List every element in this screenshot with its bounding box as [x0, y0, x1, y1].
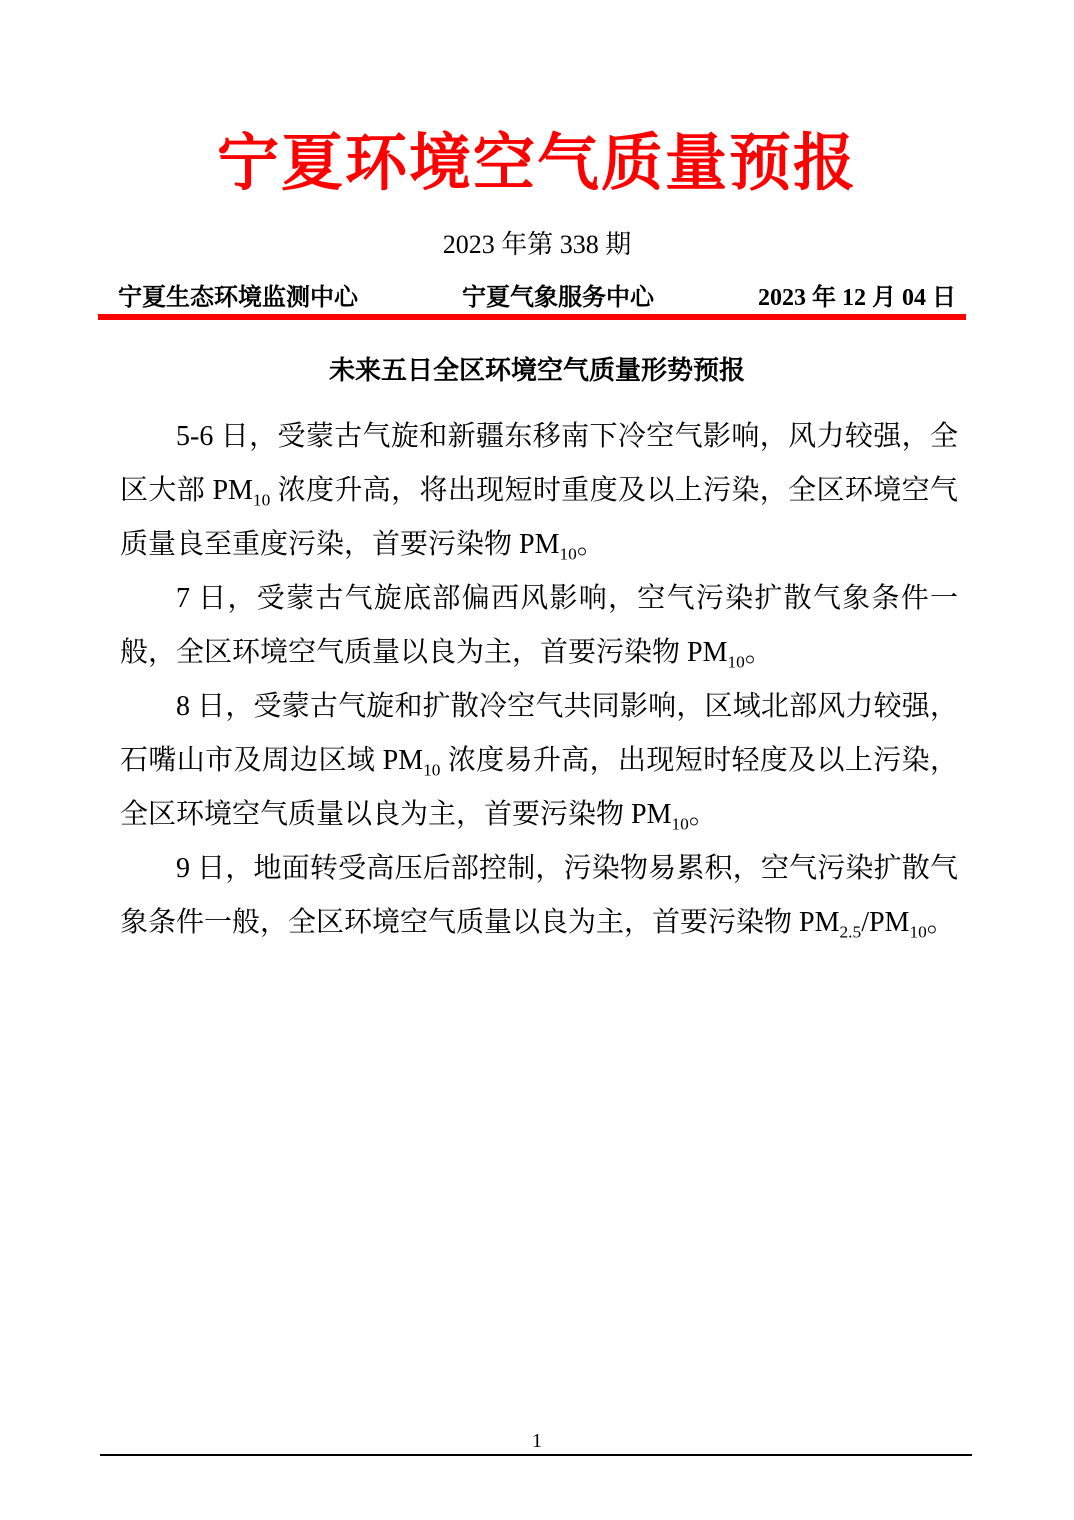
section-title: 未来五日全区环境空气质量形势预报 — [0, 352, 1074, 388]
document-title: 宁夏环境空气质量预报 — [0, 122, 1074, 206]
forecast-body: 5-6 日，受蒙古气旋和新疆东移南下冷空气影响，风力较强，全区大部 PM10 浓… — [120, 410, 958, 950]
issue-number: 2023 年第 338 期 — [0, 228, 1074, 262]
forecast-paragraph-day9: 9 日，地面转受高压后部控制，污染物易累积，空气污染扩散气象条件一般，全区环境空… — [120, 842, 958, 950]
footer-rule — [100, 1454, 972, 1456]
page-number: 1 — [0, 1428, 1074, 1454]
forecast-paragraph-day5-6: 5-6 日，受蒙古气旋和新疆东移南下冷空气影响，风力较强，全区大部 PM10 浓… — [120, 410, 958, 572]
forecast-paragraph-day7: 7 日，受蒙古气旋底部偏西风影响，空气污染扩散气象条件一般，全区环境空气质量以良… — [120, 572, 958, 680]
header-row: 宁夏生态环境监测中心 宁夏气象服务中心 2023 年 12 月 04 日 — [118, 282, 956, 314]
document-page: 宁夏环境空气质量预报 2023 年第 338 期 宁夏生态环境监测中心 宁夏气象… — [0, 0, 1074, 1520]
red-divider-rule — [98, 314, 966, 320]
forecast-paragraph-day8: 8 日，受蒙古气旋和扩散冷空气共同影响，区域北部风力较强，石嘴山市及周边区域 P… — [120, 680, 958, 842]
org-left-label: 宁夏生态环境监测中心 — [118, 282, 358, 314]
org-center-label: 宁夏气象服务中心 — [462, 282, 654, 314]
issue-date: 2023 年 12 月 04 日 — [758, 282, 956, 314]
